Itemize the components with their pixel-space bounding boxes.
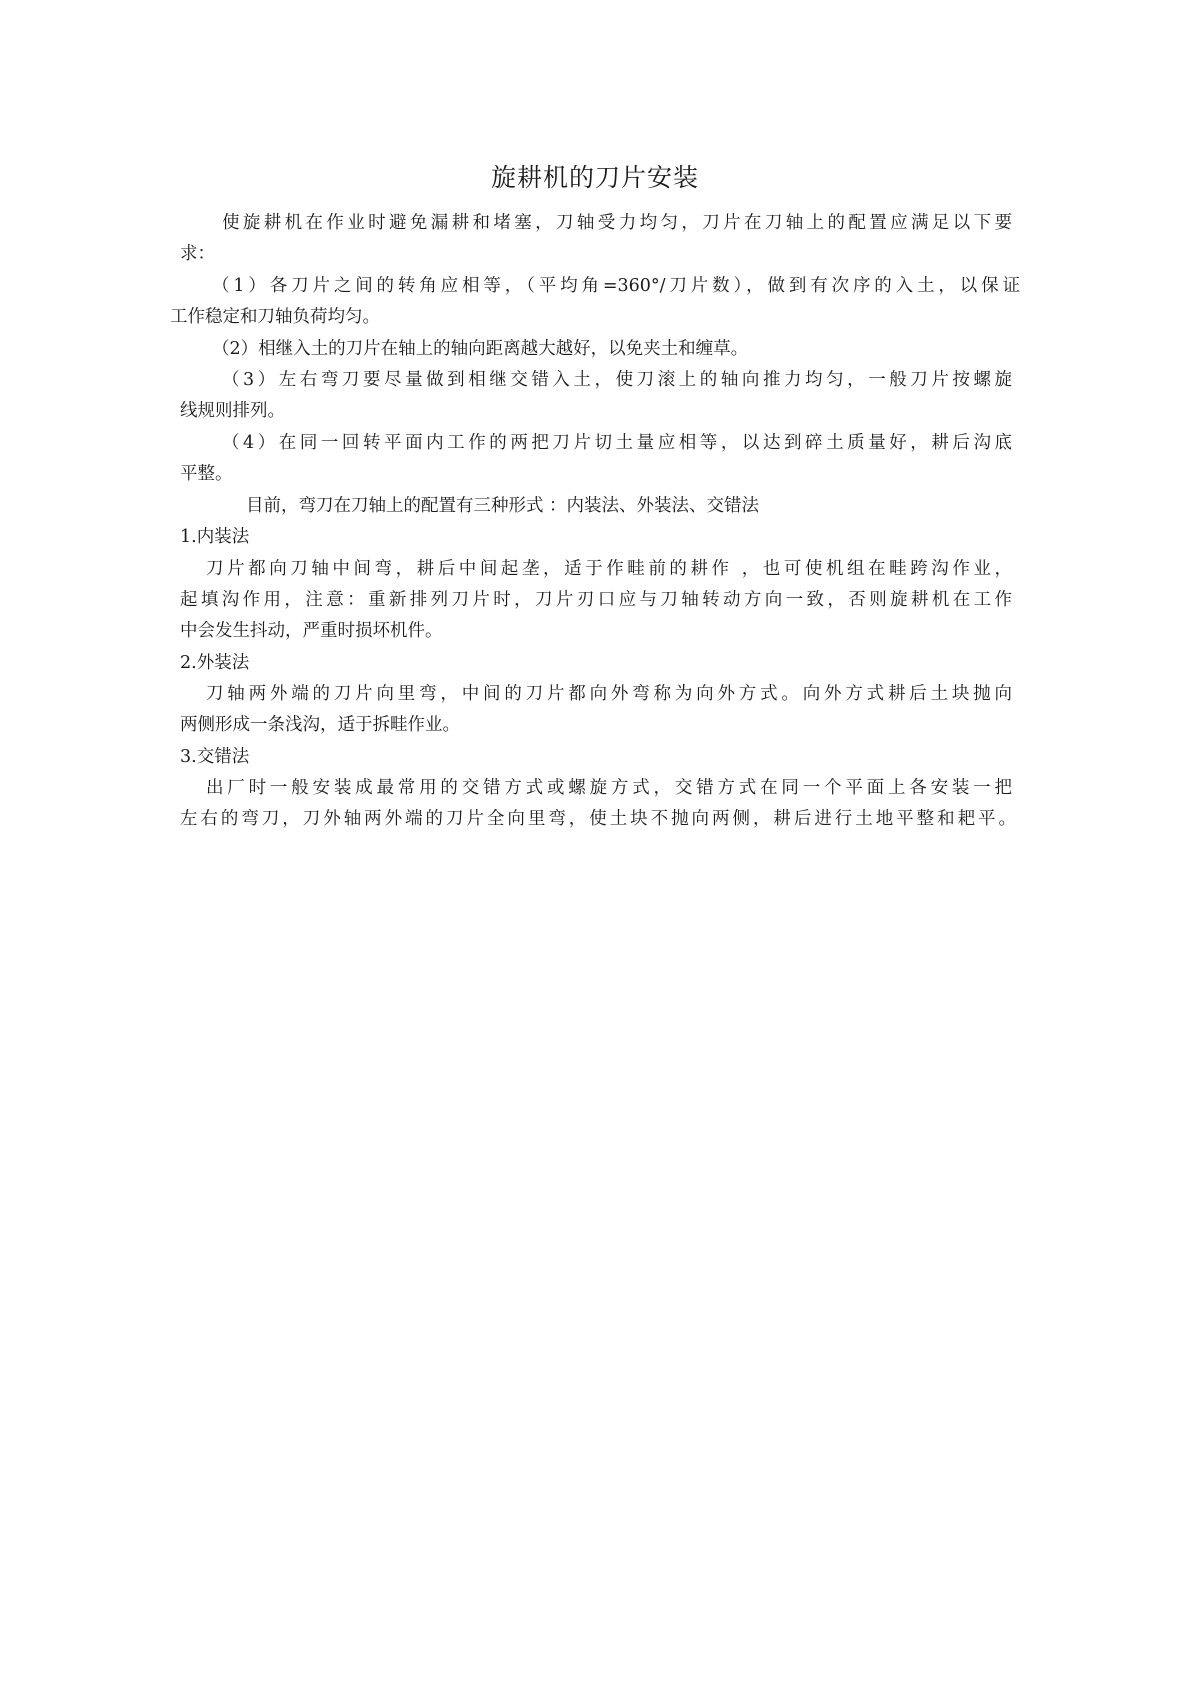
requirement-1-line-2: 工作稳定和刀轴负荷均匀。: [170, 305, 380, 329]
requirement-4-line-1: （4）在同一回转平面内工作的两把刀片切土量应相等，以达到碎土质量好，耕后沟底: [222, 431, 1012, 455]
intro-line-1: 使旋耕机在作业时避免漏耕和堵塞，刀轴受力均匀，刀片在刀轴上的配置应满足以下要: [222, 211, 1012, 235]
requirement-3-line-2: 线规则排列。: [180, 399, 285, 423]
method-3-heading: 3.交错法: [180, 745, 249, 769]
document-title: 旋耕机的刀片安装: [0, 158, 1190, 194]
requirement-1-line-1: （1）各刀片之间的转角应相等，（平均角=360°/刀片数），做到有次序的入土，以…: [212, 274, 1020, 298]
method-2-heading: 2.外装法: [180, 651, 249, 675]
method-1-line-3: 中会发生抖动，严重时损坏机件。: [180, 619, 443, 643]
intro-line-2: 求：: [180, 242, 215, 266]
method-1-line-1: 刀片都向刀轴中间弯，耕后中间起垄，适于作畦前的耕作 ，也可使机组在畦跨沟作业，: [206, 557, 1012, 581]
document-page: 旋耕机的刀片安装 使旋耕机在作业时避免漏耕和堵塞，刀轴受力均匀，刀片在刀轴上的配…: [0, 0, 1190, 1683]
requirement-3-line-1: （3）左右弯刀要尽量做到相继交错入土，使刀滚上的轴向推力均匀，一般刀片按螺旋: [222, 368, 1012, 392]
summary-line: 目前，弯刀在刀轴上的配置有三种形式 ：内装法、外装法、交错法: [246, 494, 759, 518]
method-1-line-2: 起填沟作用，注意：重新排列刀片时，刀片刃口应与刀轴转动方向一致，否则旋耕机在工作: [180, 588, 1012, 612]
requirement-4-line-2: 平整。: [180, 462, 233, 486]
requirement-2: （2）相继入土的刀片在轴上的轴向距离越大越好，以免夹土和缠草。: [212, 337, 748, 361]
method-1-heading: 1.内装法: [180, 525, 249, 549]
method-2-line-1: 刀轴两外端的刀片向里弯，中间的刀片都向外弯称为向外方式。向外方式耕后土块抛向: [206, 682, 1012, 706]
method-2-line-2: 两侧形成一条浅沟，适于拆畦作业。: [180, 713, 460, 737]
method-3-line-2: 左右的弯刀，刀外轴两外端的刀片全向里弯，使土块不抛向两侧，耕后进行土地平整和耙平…: [180, 807, 1016, 831]
method-3-line-1: 出厂时一般安装成最常用的交错方式或螺旋方式，交错方式在同一个平面上各安装一把: [206, 776, 1012, 800]
